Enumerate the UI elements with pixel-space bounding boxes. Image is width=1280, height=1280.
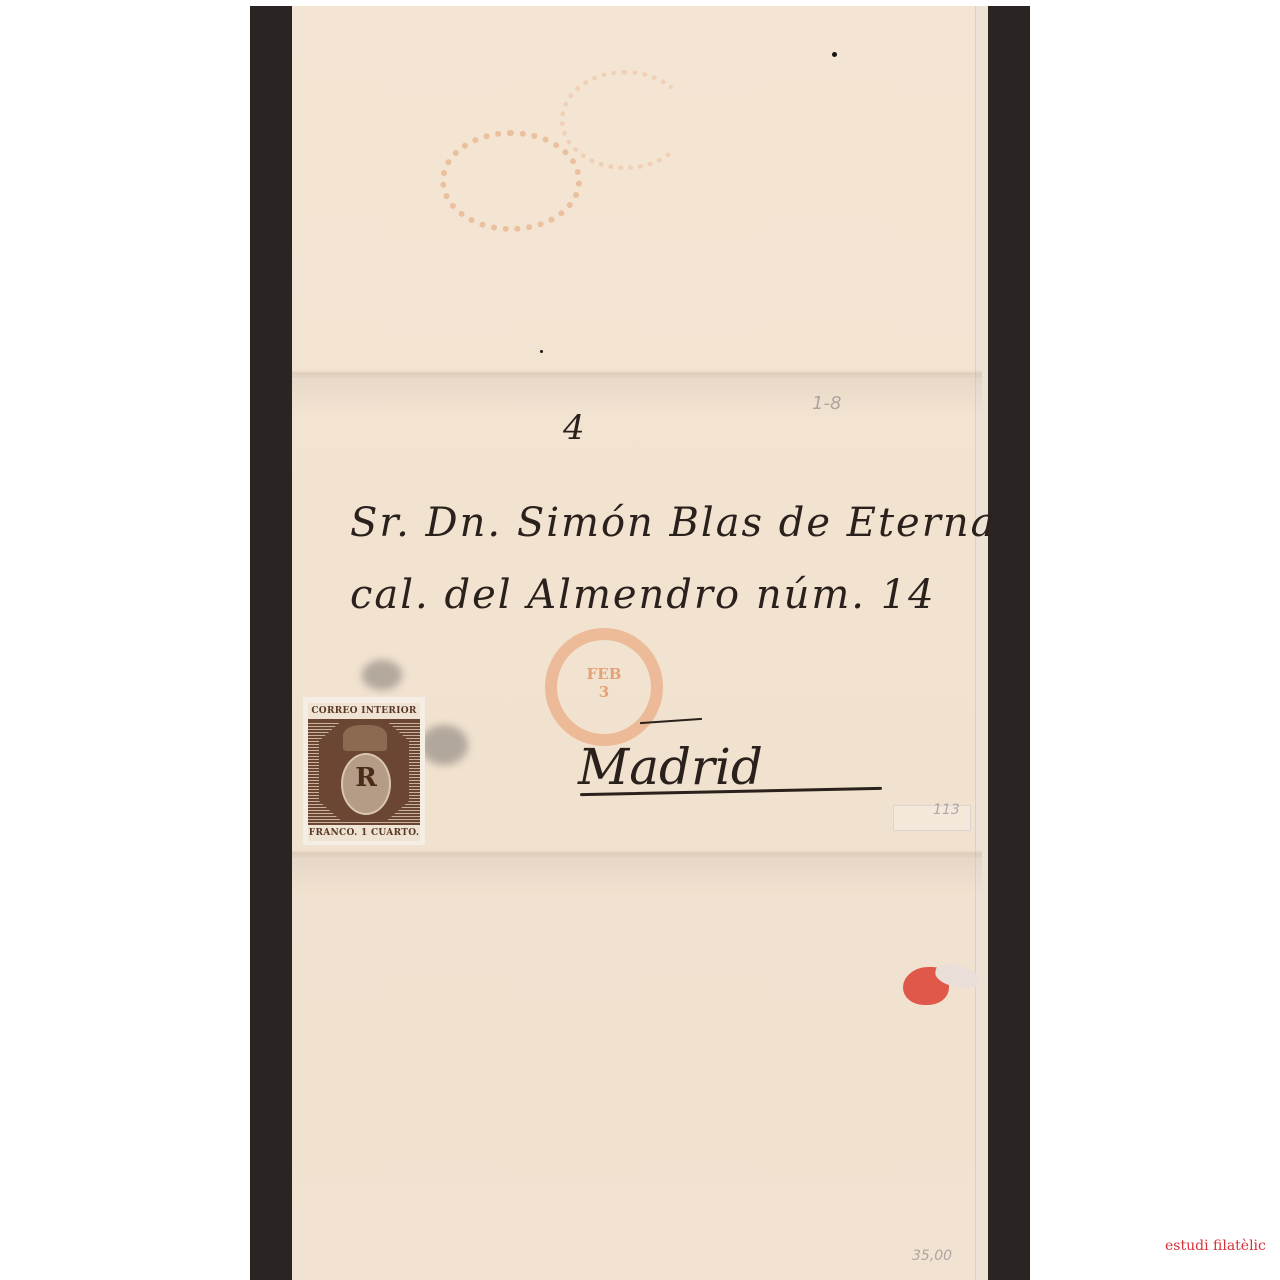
faint-postmark	[440, 130, 582, 232]
address-line-1: Sr. Dn. Simón Blas de Eterna	[350, 500, 996, 546]
faint-postmark-arc	[560, 70, 690, 170]
postmark-day: 3	[545, 683, 663, 701]
pencil-note-top: 1-8	[812, 393, 841, 414]
pencil-note-price: 35,00	[912, 1248, 952, 1264]
handwritten-number: 4	[563, 408, 585, 448]
cancel-smudge	[362, 660, 402, 690]
pencil-note-tape: 113	[933, 802, 960, 818]
stamp-monogram: R	[341, 763, 391, 793]
ink-speck	[832, 52, 837, 57]
address-line-2: cal. del Almendro núm. 14	[350, 572, 936, 618]
postmark-date: FEB 3	[545, 665, 663, 701]
address-city: Madrid	[578, 738, 763, 796]
fold-shadow-upper	[292, 376, 982, 416]
postmark-month: FEB	[545, 665, 663, 683]
stamp-bottom-text: FRANCO. 1 CUARTO.	[308, 825, 420, 841]
fold-line-lower	[292, 850, 982, 858]
brand-watermark: estudi filatèlic	[1165, 1238, 1266, 1254]
stamp-top-text: CORREO INTERIOR	[308, 703, 420, 719]
fold-shadow-lower	[292, 856, 982, 896]
crown-icon	[343, 725, 387, 751]
ink-speck	[540, 350, 543, 353]
postage-stamp: R CORREO INTERIOR FRANCO. 1 CUARTO.	[303, 697, 425, 845]
letter-folded-edge	[975, 6, 988, 1280]
fold-line-upper	[292, 370, 982, 378]
cancel-smudge	[420, 725, 468, 765]
